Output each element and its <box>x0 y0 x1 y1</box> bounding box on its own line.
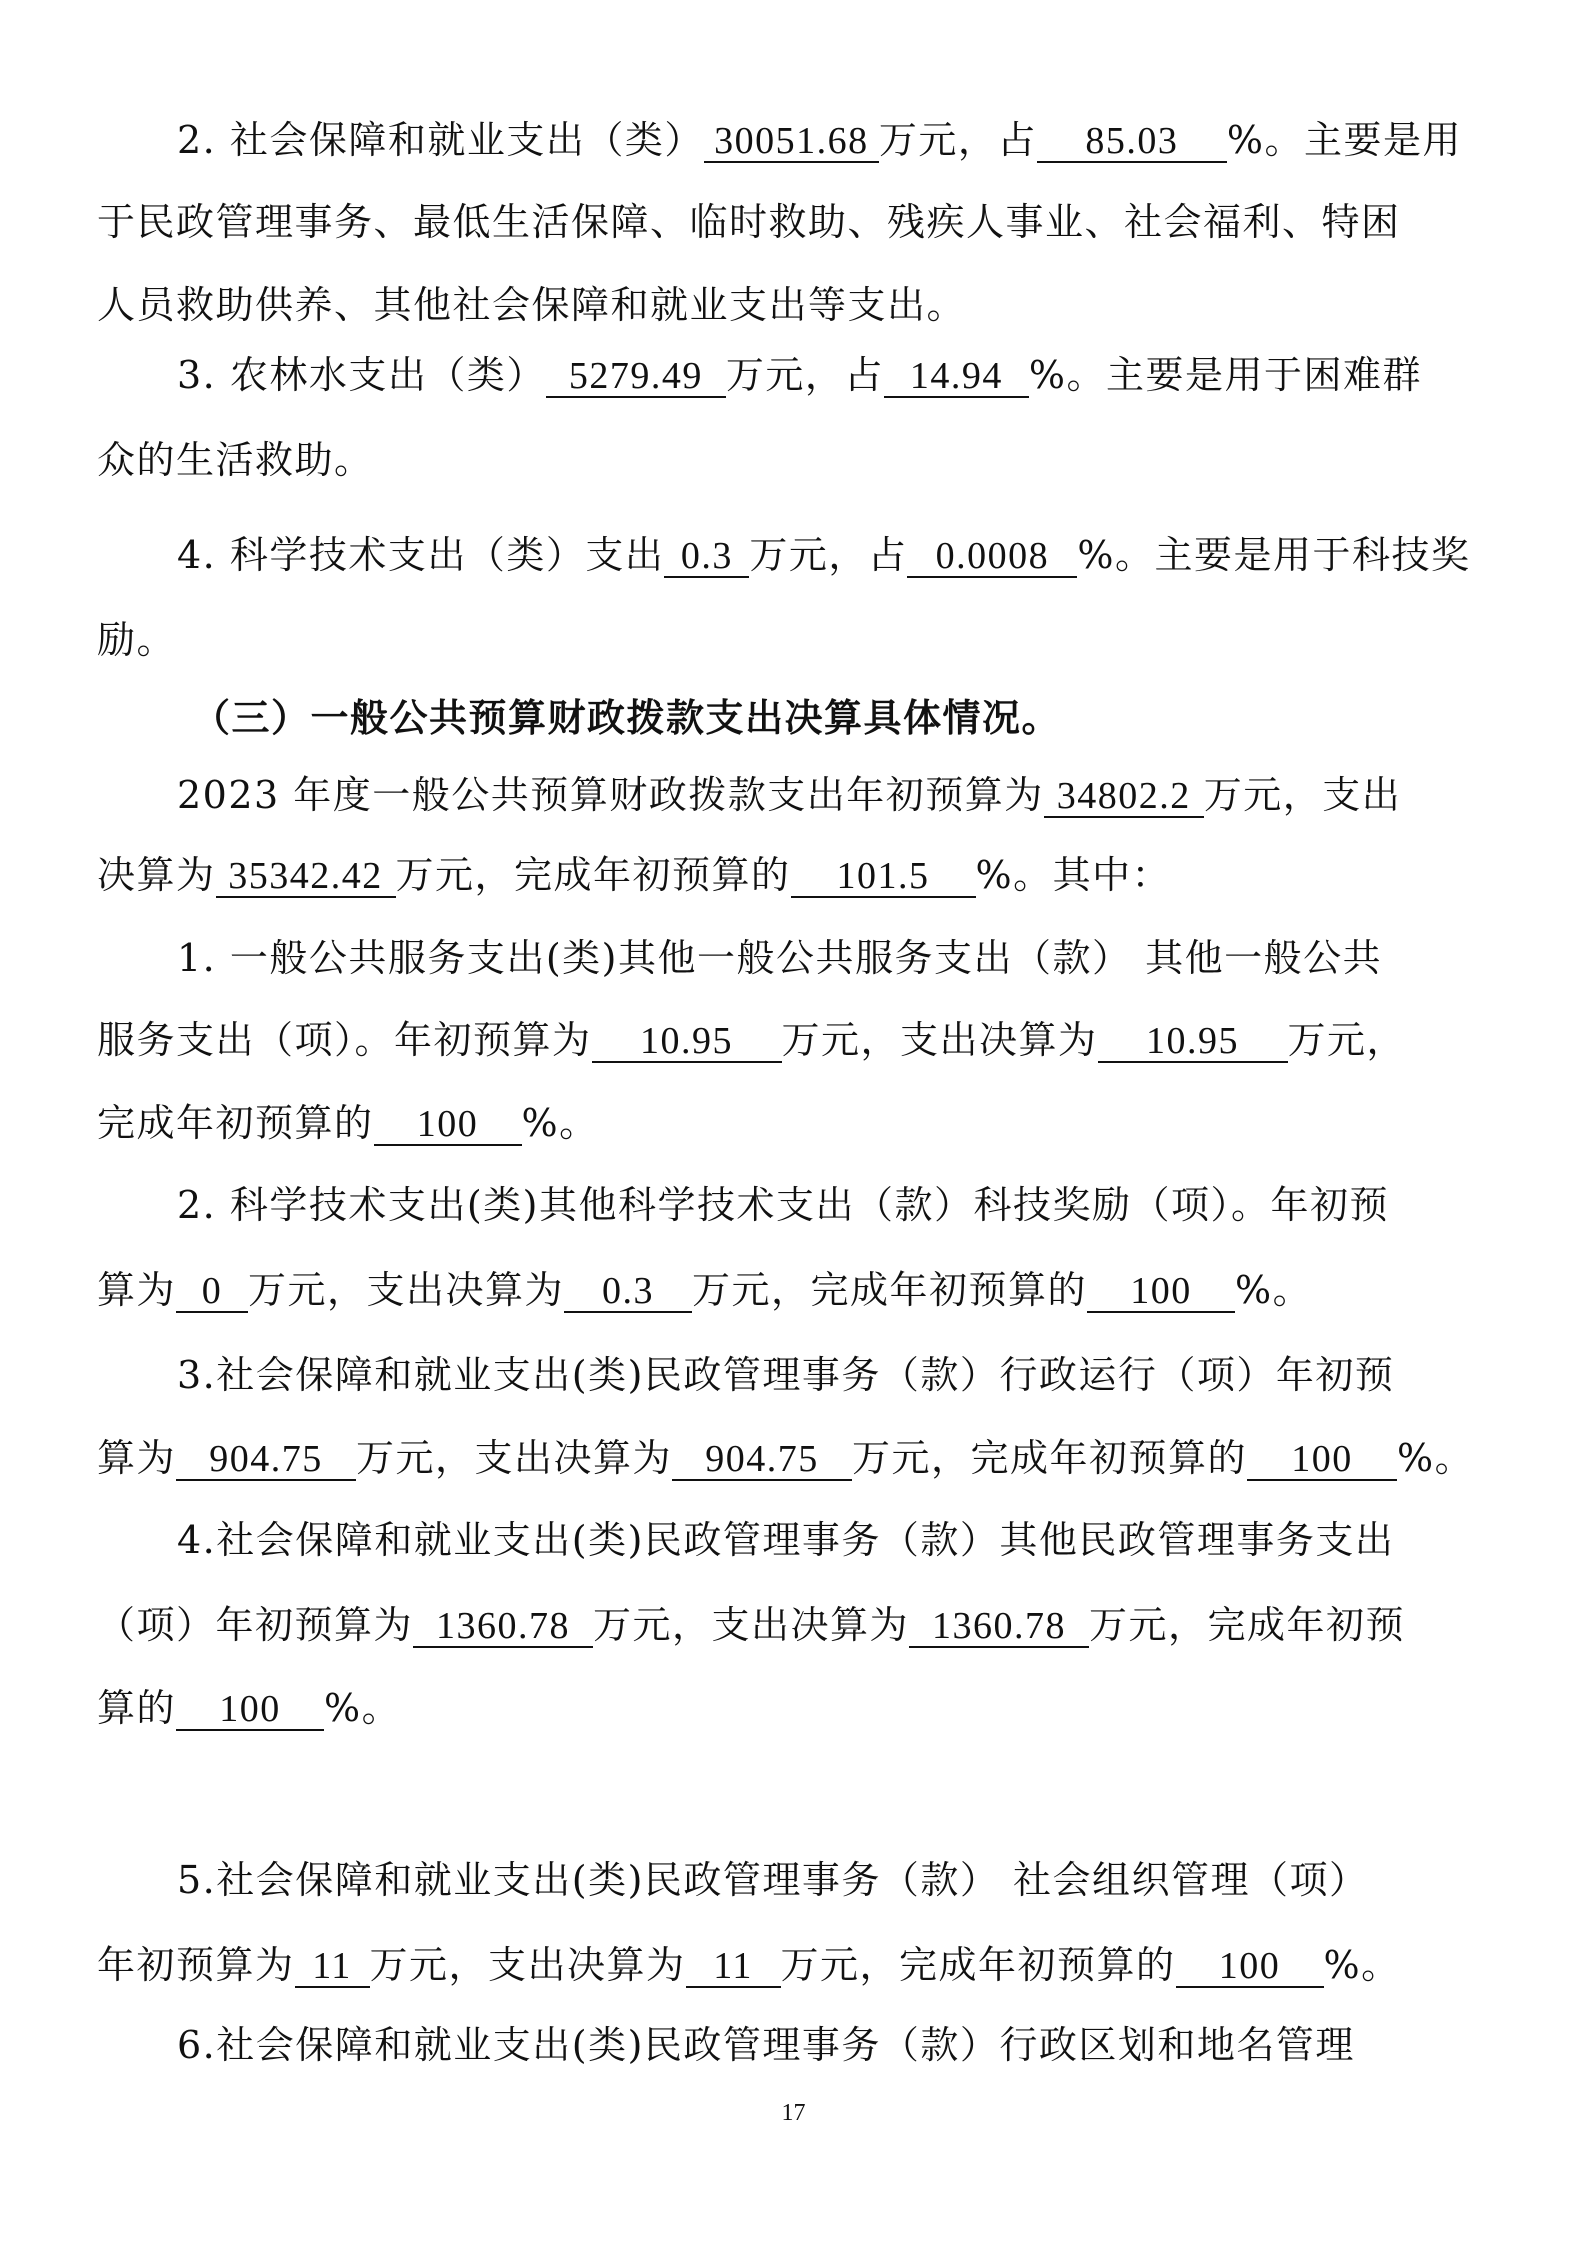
section3-amount: 5279.49 <box>546 356 726 398</box>
item1-line1: 1. 一般公共服务支出(类)其他一般公共服务支出（款） 其他一般公共 <box>97 934 1499 982</box>
item1-completion: 100 <box>374 1104 522 1146</box>
page-number: 17 <box>0 2100 1587 2127</box>
item3-budget: 904.75 <box>176 1439 356 1481</box>
item5-completion: 100 <box>1176 1946 1324 1988</box>
item3-actual: 904.75 <box>672 1439 852 1481</box>
item4-actual: 1360.78 <box>909 1606 1089 1648</box>
section2-line2: 于民政管理事务、最低生活保障、临时救助、残疾人事业、社会福利、特困 <box>97 198 1499 246</box>
section4-amount: 0.3 <box>664 536 749 578</box>
item1-line2: 服务支出（项）。年初预算为10.95万元，支出决算为10.95万元， <box>97 1016 1499 1064</box>
section4-line2: 励。 <box>97 616 1499 664</box>
overview-line2: 决算为35342.42万元，完成年初预算的101.5%。其中： <box>97 851 1499 899</box>
section3-line2: 众的生活救助。 <box>97 436 1499 484</box>
section3-line1: 3. 农林水支出（类）5279.49万元，占14.94%。主要是用于困难群 <box>97 351 1499 399</box>
item4-budget: 1360.78 <box>413 1606 593 1648</box>
item1-budget: 10.95 <box>592 1021 782 1063</box>
item4-line3: 算的100%。 <box>97 1684 1499 1732</box>
item2-completion: 100 <box>1087 1271 1235 1313</box>
item4-line2: （项）年初预算为1360.78万元，支出决算为1360.78万元，完成年初预 <box>97 1601 1499 1649</box>
item3-line1: 3.社会保障和就业支出(类)民政管理事务（款）行政运行（项）年初预 <box>97 1351 1499 1399</box>
item4-completion: 100 <box>176 1689 324 1731</box>
overview-line1: 2023 年度一般公共预算财政拨款支出年初预算为34802.2万元，支出 <box>97 771 1499 819</box>
item2-actual: 0.3 <box>564 1271 692 1313</box>
item2-line2: 算为0万元，支出决算为0.3万元，完成年初预算的100%。 <box>97 1266 1499 1314</box>
item5-budget: 11 <box>295 1946 370 1988</box>
item1-actual: 10.95 <box>1098 1021 1288 1063</box>
item3-line2: 算为904.75万元，支出决算为904.75万元，完成年初预算的100%。 <box>97 1434 1499 1482</box>
section4-percent: 0.0008 <box>907 536 1077 578</box>
section4-line1: 4. 科学技术支出（类）支出0.3万元，占0.0008%。主要是用于科技奖 <box>97 531 1499 579</box>
initial-budget-total: 34802.2 <box>1044 776 1204 818</box>
item2-budget: 0 <box>176 1271 248 1313</box>
section2-line3: 人员救助供养、其他社会保障和就业支出等支出。 <box>97 281 1499 329</box>
section-heading: （三）一般公共预算财政拨款支出决算具体情况。 <box>97 694 1499 742</box>
section2-line1: 2. 社会保障和就业支出（类）30051.68万元，占85.03%。主要是用 <box>97 116 1499 164</box>
item5-line1: 5.社会保障和就业支出(类)民政管理事务（款） 社会组织管理（项） <box>97 1856 1499 1904</box>
item1-line3: 完成年初预算的100%。 <box>97 1099 1499 1147</box>
item5-actual: 11 <box>686 1946 781 1988</box>
section3-percent: 14.94 <box>884 356 1029 398</box>
item5-line2: 年初预算为11万元，支出决算为11万元，完成年初预算的100%。 <box>97 1941 1499 1989</box>
completion-total: 101.5 <box>791 856 976 898</box>
section2-percent: 85.03 <box>1037 121 1227 163</box>
section2-amount: 30051.68 <box>704 121 879 163</box>
item6-line1: 6.社会保障和就业支出(类)民政管理事务（款）行政区划和地名管理 <box>97 2021 1499 2069</box>
item3-completion: 100 <box>1247 1439 1397 1481</box>
final-amount-total: 35342.42 <box>216 856 396 898</box>
item4-line1: 4.社会保障和就业支出(类)民政管理事务（款）其他民政管理事务支出 <box>97 1516 1499 1564</box>
item2-line1: 2. 科学技术支出(类)其他科学技术支出（款）科技奖励（项）。年初预 <box>97 1181 1499 1229</box>
